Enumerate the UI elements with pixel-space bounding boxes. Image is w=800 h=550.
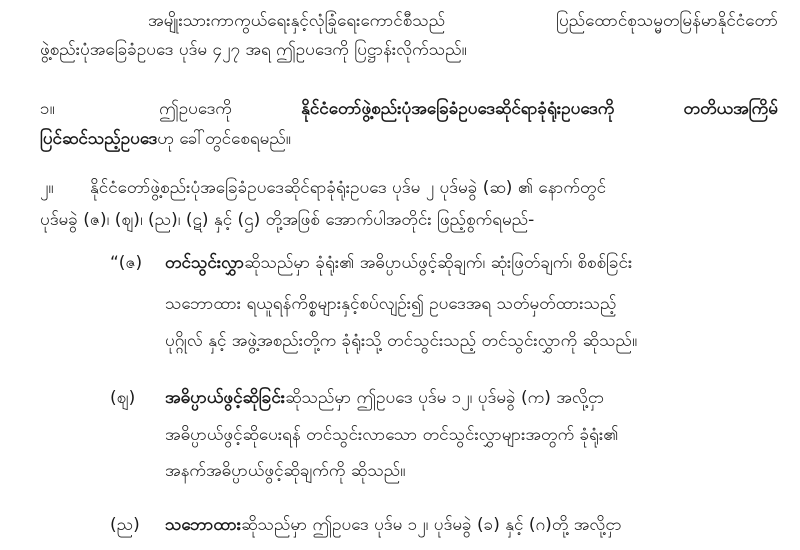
section-1-number: ၁။ bbox=[40, 96, 90, 122]
clause-zha-line-1-rest: ဆိုသည်မှာ ခုံရုံး၏ အဓိပ္ပာယ်ဖွင့်ဆိုချက်… bbox=[244, 253, 632, 273]
clause-nya-line-1-rest: ဆိုသည်မှာ ဤဥပဒေ ပုဒ်မ ၁၂၊ ပုဒ်မခွဲ (ခ) န… bbox=[241, 515, 622, 535]
clause-jha-line-3: အနက်အဓိပ္ပာယ်ဖွင့်ဆိုချက်ကို ဆိုသည်။ bbox=[165, 458, 405, 484]
preamble-line-2: ဖွဲ့စည်းပုံအခြေခံဥပဒေ ပုဒ်မ ၄၂၇ အရ ဤဥပဒေ… bbox=[40, 37, 467, 63]
clause-jha-line-1-rest: ဆိုသည်မှာ ဤဥပဒေ ပုဒ်မ ၁၂၊ ပုဒ်မခွဲ (က) အ… bbox=[285, 388, 604, 408]
section-1-line-1: ၁။ ဤဥပဒေကို နိုင်ငံတော်ဖွဲ့စည်းပုံအခြေခံ… bbox=[40, 96, 778, 122]
clause-zha-line-3: ပုဂ္ဂိုလ် နှင့် အဖွဲ့အစည်းတို့က ခုံရုံးသ… bbox=[165, 328, 637, 354]
section-2-number: ၂။ bbox=[40, 175, 90, 201]
clause-zha-line-1: “(ဇ)တင်သွင်းလွှာဆိုသည်မှာ ခုံရုံး၏ အဓိပ္… bbox=[110, 250, 632, 276]
section-1-law-title-2: တတိယအကြိမ် bbox=[684, 96, 778, 122]
section-1-line-2-rest: ဟု ခေါ်တွင်စေရမည်။ bbox=[157, 129, 291, 149]
clause-nya-line-1: (ည)သဘောထားဆိုသည်မှာ ဤဥပဒေ ပုဒ်မ ၁၂၊ ပုဒ်… bbox=[110, 512, 622, 538]
clause-nya-term: သဘောထား bbox=[165, 515, 241, 535]
clause-jha-line-1: (ဈ)အဓိပ္ပာယ်ဖွင့်ဆိုခြင်းဆိုသည်မှာ ဤဥပဒေ… bbox=[110, 385, 604, 411]
section-1-line-2: ပြင်ဆင်သည့်ဥပဒေဟု ခေါ်တွင်စေရမည်။ bbox=[40, 126, 291, 152]
section-1-law-title: နိုင်ငံတော်ဖွဲ့စည်းပုံအခြေခံဥပဒေဆိုင်ရာခ… bbox=[301, 96, 614, 122]
preamble-line-1: အမျိုးသားကာကွယ်ရေးနှင့်လုံခြုံရေးကောင်စီ… bbox=[148, 8, 778, 34]
preamble-text-a: အမျိုးသားကာကွယ်ရေးနှင့်လုံခြုံရေးကောင်စီ… bbox=[148, 8, 445, 34]
section-2-line-1: ၂။နိုင်ငံတော်ဖွဲ့စည်းပုံအခြေခံဥပဒေဆိုင်ရ… bbox=[40, 175, 606, 201]
clause-jha-label: (ဈ) bbox=[110, 385, 165, 411]
clause-zha-label: “(ဇ) bbox=[110, 250, 165, 276]
clause-zha-line-2: သဘောထား ရယူရန်ကိစ္စများနှင့်စပ်လျဉ်း၍ ဥပ… bbox=[165, 291, 616, 317]
clause-jha-term: အဓိပ္ပာယ်ဖွင့်ဆိုခြင်း bbox=[165, 388, 285, 408]
clause-jha-line-2: အဓိပ္ပာယ်ဖွင့်ဆိုပေးရန် တင်သွင်းလာသော တင… bbox=[165, 422, 618, 448]
section-1-text-a: ဤဥပဒေကို bbox=[159, 96, 232, 122]
clause-nya-label: (ည) bbox=[110, 512, 165, 538]
preamble-text-b: ပြည်ထောင်စုသမ္မတမြန်မာနိုင်ငံတော် bbox=[556, 8, 778, 34]
clause-zha-term: တင်သွင်းလွှာ bbox=[165, 253, 244, 273]
section-1-law-title-cont: ပြင်ဆင်သည့်ဥပဒေ bbox=[40, 129, 157, 149]
section-2-line-2: ပုဒ်မခွဲ (ဇ)၊ (ဈ)၊ (ည)၊ (ဋ) နှင့် (ဌ) တိ… bbox=[40, 207, 534, 233]
section-2-line-1-text: နိုင်ငံတော်ဖွဲ့စည်းပုံအခြေခံဥပဒေဆိုင်ရာခ… bbox=[90, 178, 606, 198]
